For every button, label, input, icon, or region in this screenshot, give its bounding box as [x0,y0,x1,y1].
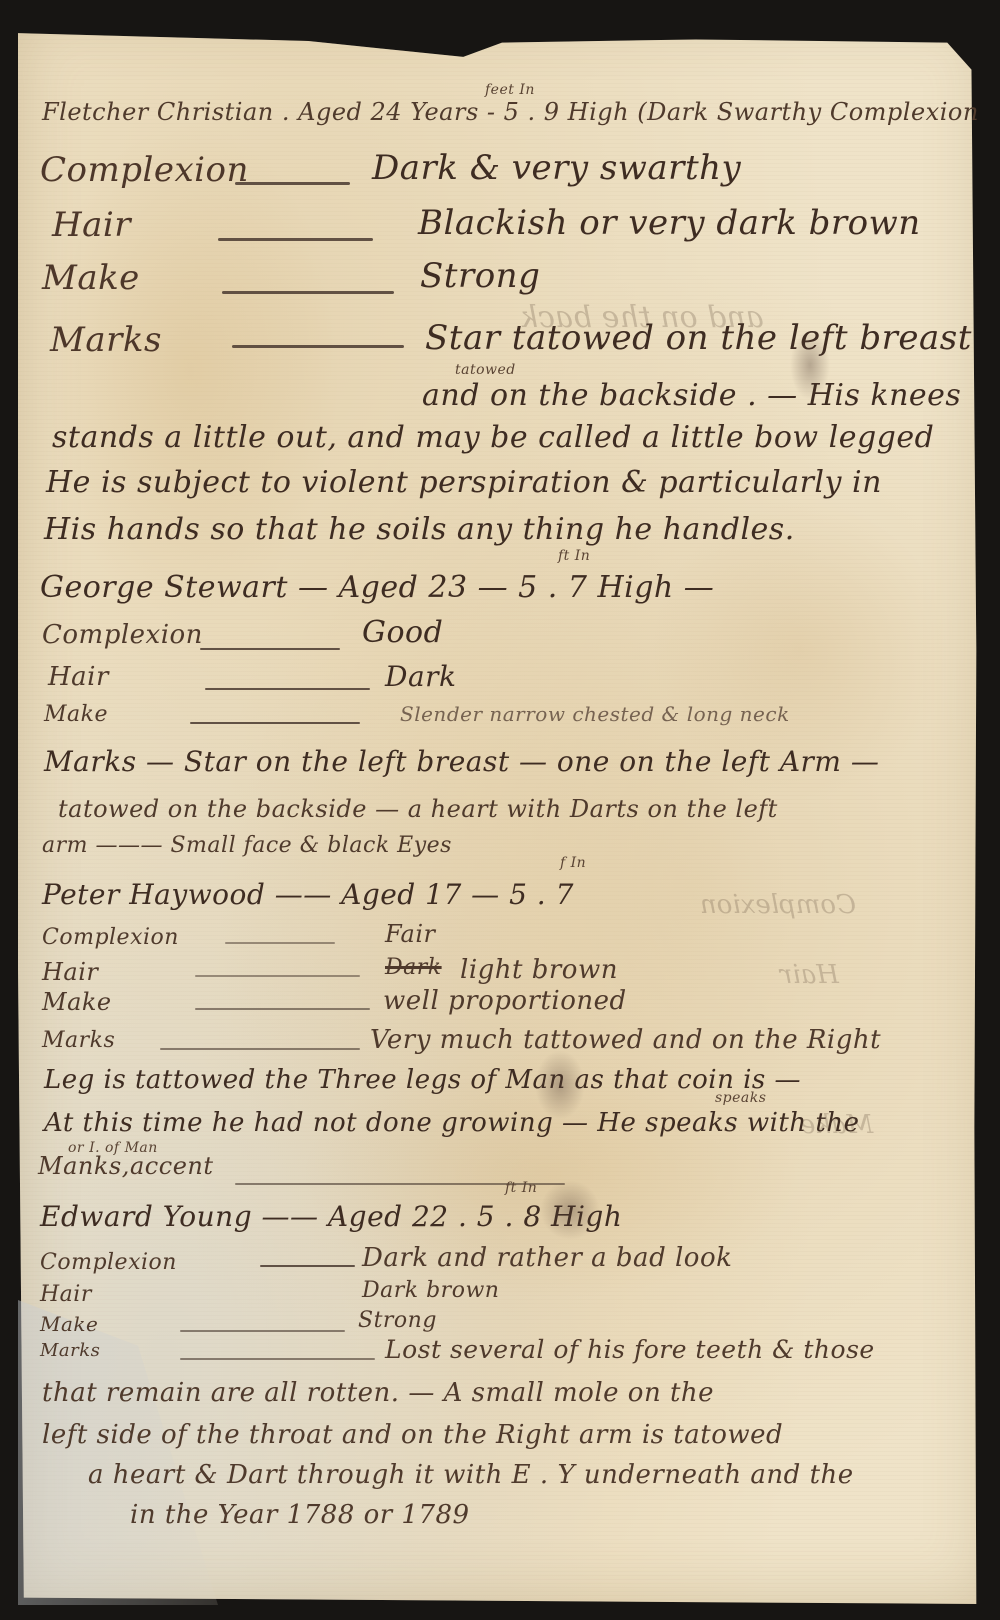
field-value: Strong [358,1308,437,1333]
text-line: stands a little out, and may be called a… [52,420,934,455]
field-value: Lost several of his fore teeth & those [385,1335,875,1364]
text-line: and on the backside . — His knees [422,378,961,413]
field-label: Complexion [42,925,179,950]
field-label: Marks [40,1340,100,1361]
interlinear-note: f In [560,855,586,871]
text-line: accent [130,1152,214,1180]
field-label: Make [40,1312,98,1336]
field-dash [195,975,360,977]
field-dash [180,1358,375,1360]
ink-blot [790,330,830,400]
field-value: light brown [460,955,618,985]
field-label: Make [42,258,140,298]
field-value: Strong [420,256,540,296]
field-dash [205,688,370,690]
field-dash [260,1265,355,1267]
field-label: Hair [48,662,109,692]
field-dash [225,942,335,944]
field-value: Fair [385,920,435,948]
field-dash [195,1008,370,1010]
text-line: At this time he had not done growing — H… [44,1108,859,1138]
text-line: a heart & Dart through it with E . Y und… [88,1460,854,1490]
field-dash [180,1330,345,1332]
field-value: Dark & very swarthy [372,148,741,188]
document-viewer: Complexion Hair Make and on the back fee… [0,0,1000,1620]
field-label: Make [44,702,108,727]
text-line: Marks — Star on the left breast — one on… [44,745,879,778]
interlinear-note: speaks [715,1090,766,1106]
ink-bleed-through: Hair [780,960,839,990]
field-dash [235,182,350,185]
field-value: Very much tattowed and on the Right [370,1025,881,1055]
field-value: Dark brown [362,1278,499,1303]
text-line: left side of the throat and on the Right… [42,1420,783,1450]
field-label: Marks [42,1028,115,1053]
field-value: well proportioned [383,986,627,1016]
field-label: Hair [40,1282,92,1307]
field-label: Make [42,988,112,1016]
interlinear-note: ft In [558,548,590,564]
text-line: He is subject to violent perspiration & … [46,465,882,500]
ink-blot [535,1050,585,1120]
ink-bleed-through: Complexion [700,890,856,920]
field-label: Complexion [40,1250,177,1275]
struck-value: Dark [385,955,442,980]
field-value: Slender narrow chested & long neck [400,702,790,726]
field-value: Star tatowed on the left breast [425,318,972,358]
field-dash [218,238,373,241]
field-value: Good [362,615,443,650]
text-line: Manks, [38,1152,130,1180]
interlinear-note: tatowed [455,362,516,378]
field-dash [190,722,360,724]
interlinear-note: feet In [485,82,535,98]
text-line: tatowed on the backside — a heart with D… [58,795,778,823]
field-label: Marks [50,320,162,360]
field-label: Hair [52,205,131,245]
field-dash [232,345,404,348]
field-label: Complexion [42,620,203,650]
field-dash [200,648,340,650]
field-dash [222,291,394,294]
text-line: in the Year 1788 or 1789 [130,1500,470,1530]
field-label: Hair [42,958,98,986]
text-line: that remain are all rotten. — A small mo… [42,1378,714,1408]
field-value: Dark [385,660,457,693]
entry-heading: Edward Young —— Aged 22 . 5 . 8 High [40,1200,622,1233]
field-dash [160,1048,360,1050]
field-value: Dark and rather a bad look [362,1243,732,1273]
text-line: His hands so that he soils any thing he … [44,512,795,547]
text-line: arm ——— Small face & black Eyes [42,833,452,858]
field-value: Blackish or very dark brown [418,203,921,243]
interlinear-note: ft In [505,1180,537,1196]
entry-heading: Peter Haywood —— Aged 17 — 5 . 7 [42,878,574,911]
text-line: Leg is tattowed the Three legs of Man as… [44,1065,801,1095]
entry-heading: George Stewart — Aged 23 — 5 . 7 High — [40,570,714,605]
entry-heading: Fletcher Christian . Aged 24 Years - 5 .… [42,98,979,126]
ink-blot [540,1180,600,1240]
field-label: Complexion [40,150,249,190]
